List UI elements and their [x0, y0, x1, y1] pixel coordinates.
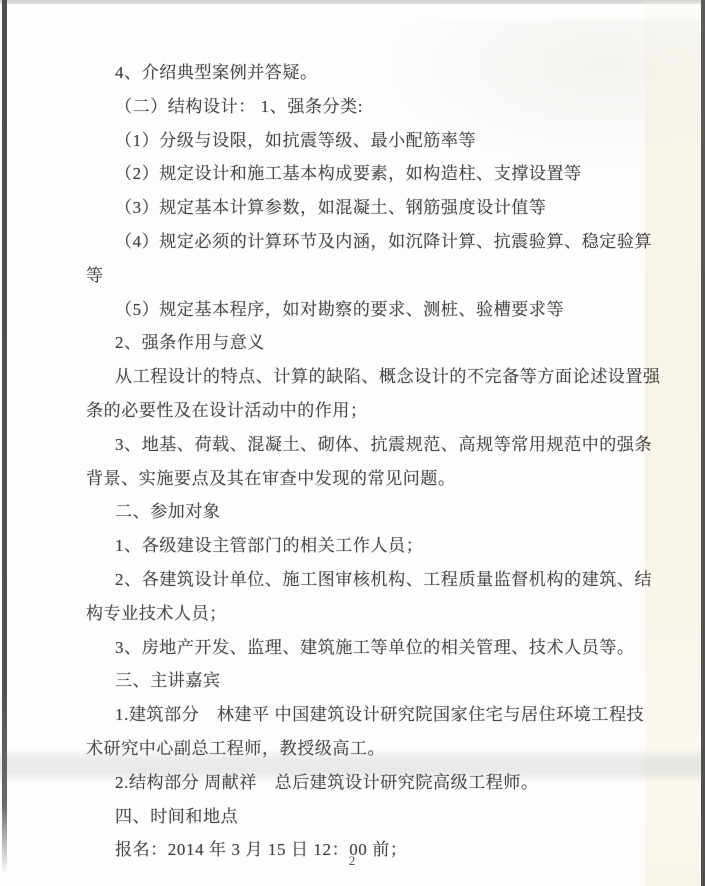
- text-line: 等: [86, 259, 626, 293]
- scan-edge-left: [2, 0, 7, 874]
- text-line: （5）规定基本程序，如对勘察的要求、测桩、验槽要求等: [86, 293, 626, 327]
- document-body: 4、介绍典型案例并答疑。 （二）结构设计： 1、强条分类: （1）分级与设限，如…: [86, 56, 626, 867]
- text-line: 3、地基、荷载、混凝土、砌体、抗震规范、高规等常用规范中的强条: [86, 428, 626, 462]
- text-line: 术研究中心副总工程师，教授级高工。: [86, 732, 626, 766]
- text-line: （二）结构设计： 1、强条分类:: [86, 90, 626, 124]
- text-line: 1.建筑部分 林建平 中国建筑设计研究院国家住宅与居住环境工程技: [86, 698, 626, 732]
- text-line: 3、房地产开发、监理、建筑施工等单位的相关管理、技术人员等。: [86, 631, 626, 665]
- text-line: 背景、实施要点及其在审查中发现的常见问题。: [86, 462, 626, 496]
- scan-edge-right: [701, 0, 705, 886]
- document-page: 4、介绍典型案例并答疑。 （二）结构设计： 1、强条分类: （1）分级与设限，如…: [0, 0, 705, 886]
- text-line: （4）规定必须的计算环节及内涵，如沉降计算、抗震验算、稳定验算: [86, 225, 626, 259]
- text-line: （2）规定设计和施工基本构成要素，如构造柱、支撑设置等: [86, 157, 626, 191]
- scan-tint-right: [645, 0, 701, 886]
- text-line: 2、各建筑设计单位、施工图审核机构、工程质量监督机构的建筑、结: [86, 563, 626, 597]
- text-line: 2、强条作用与意义: [86, 326, 626, 360]
- text-line: 从工程设计的特点、计算的缺陷、概念设计的不完备等方面论述设置强: [86, 360, 626, 394]
- page-number: 2: [0, 853, 705, 869]
- text-line: 1、各级建设主管部门的相关工作人员；: [86, 529, 626, 563]
- text-line: 二、参加对象: [86, 495, 626, 529]
- text-line: 2.结构部分 周献祥 总后建筑设计研究院高级工程师。: [86, 766, 626, 800]
- text-line: （1）分级与设限，如抗震等级、最小配筋率等: [86, 124, 626, 158]
- text-line: 三、主讲嘉宾: [86, 664, 626, 698]
- text-line: 构专业技术人员；: [86, 597, 626, 631]
- text-line: 4、介绍典型案例并答疑。: [86, 56, 626, 90]
- text-line: （3）规定基本计算参数，如混凝土、钢筋强度设计值等: [86, 191, 626, 225]
- text-line: 四、时间和地点: [86, 800, 626, 834]
- scan-edge-top: [0, 0, 705, 4]
- text-line: 条的必要性及在设计活动中的作用；: [86, 394, 626, 428]
